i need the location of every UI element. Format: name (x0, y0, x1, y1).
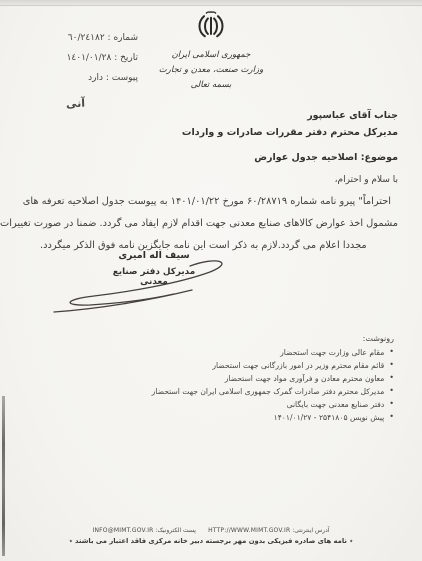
letter-number-row: شماره : ٦٠/٢٤١٨٢ (16, 28, 138, 48)
footer-contact-line: آدرس اینترنتی: HTTP://WWW.MIMT.GOV.IR پس… (40, 527, 382, 534)
addressee-name: جناب آقای عباسپور (182, 107, 398, 124)
bullet-icon: • (389, 346, 394, 358)
scan-artifact-top (0, 0, 422, 6)
bullet-icon: • (389, 398, 394, 410)
cc-title: رونوشت: (152, 333, 394, 345)
cc-block: رونوشت: •مقام عالی وزارت جهت استحضار •قا… (152, 333, 394, 424)
subject-label: موضوع: (361, 152, 398, 163)
cc-item-text: دفتر صنایع معدنی جهت بایگانی (287, 400, 385, 409)
footer-website-label: آدرس اینترنتی: (292, 527, 329, 534)
scanned-letter-page: جمهوری اسلامی ایران وزارت صنعت، معدن و ت… (0, 0, 422, 561)
cc-item: •مدیرکل محترم دفتر صادرات گمرک جمهوری اس… (152, 385, 394, 398)
cc-item-text: قائم مقام محترم وزیر در امور بازرگانی جه… (212, 361, 384, 370)
letter-number-value: ٦٠/٢٤١٨٢ (68, 33, 105, 43)
cc-item-text: معاون محترم معادن و فرآوری مواد جهت استح… (225, 374, 385, 383)
letter-body: احتراماً" پیرو نامه شماره ۶۰/۲۸۷۱۹ مورخ … (40, 191, 398, 257)
salutation: با سلام و احترام، (335, 175, 398, 185)
addressee-title: مدیرکل محترم دفتر مقررات صادرات و واردات (182, 124, 398, 141)
footer-email-address: INFO@MIMT.GOV.IR (92, 527, 153, 534)
bullet-icon: • (389, 411, 394, 423)
bullet-icon: • (389, 372, 394, 384)
body-line-1: احتراماً" پیرو نامه شماره ۶۰/۲۸۷۱۹ مورخ … (40, 191, 398, 213)
handwritten-signature-icon (42, 252, 242, 318)
addressee-block: جناب آقای عباسپور مدیرکل محترم دفتر مقرر… (182, 107, 398, 141)
cc-item: •پیش نویس ۲۵۴۱۸۰۵ - ۱۴۰۱/۰۱/۲۷ (152, 411, 394, 424)
cc-item: •قائم مقام محترم وزیر در امور بازرگانی ج… (152, 359, 394, 372)
footer-website: آدرس اینترنتی: HTTP://WWW.MIMT.GOV.IR (206, 527, 330, 534)
cc-item: •دفتر صنایع معدنی جهت بایگانی (152, 398, 394, 411)
footer-email: پست الکترونیک: INFO@MIMT.GOV.IR (92, 527, 196, 534)
cc-item-text: پیش نویس ۲۵۴۱۸۰۵ - ۱۴۰۱/۰۱/۲۷ (274, 413, 385, 422)
letter-meta: شماره : ٦٠/٢٤١٨٢ تاریخ : ١٤٠١/٠١/٢٨ پیوس… (16, 28, 138, 88)
letter-date-value: ١٤٠١/٠١/٢٨ (67, 53, 112, 63)
cc-item-text: مقام عالی وزارت جهت استحضار (280, 348, 384, 357)
subject-value: اصلاحیه جدول عوارض (254, 152, 357, 163)
footer-website-url: HTTP://WWW.MIMT.GOV.IR (208, 527, 290, 534)
letter-number-label: شماره : (108, 33, 138, 43)
body-line-2: مشمول اخذ عوارض کالاهای صنایع معدنی جهت … (40, 213, 398, 235)
iran-emblem-icon (194, 29, 228, 48)
letter-attachment-label: پیوست : (106, 73, 138, 83)
subject-line: موضوع: اصلاحیه جدول عوارض (254, 152, 398, 163)
letter-footer: آدرس اینترنتی: HTTP://WWW.MIMT.GOV.IR پس… (40, 527, 382, 545)
bullet-icon: • (389, 385, 394, 397)
footer-email-label: پست الکترونیک: (155, 527, 196, 534)
urgency-stamp: آنی (66, 97, 85, 111)
cc-item: •معاون محترم معادن و فرآوری مواد جهت است… (152, 372, 394, 385)
bullet-icon: • (389, 359, 394, 371)
letter-attachment-value: دارد (88, 73, 103, 83)
letter-date-label: تاریخ : (114, 53, 138, 63)
cc-item-text: مدیرکل محترم دفتر صادرات گمرک جمهوری اسل… (152, 387, 385, 396)
scan-artifact-left (2, 396, 5, 556)
letter-attachment-row: پیوست : دارد (16, 68, 138, 88)
footer-validity-notice: ٭ نامه های صادره فیزیکی بدون مهر برجسته … (40, 537, 382, 545)
cc-item: •مقام عالی وزارت جهت استحضار (152, 346, 394, 359)
letter-date-row: تاریخ : ١٤٠١/٠١/٢٨ (16, 48, 138, 68)
